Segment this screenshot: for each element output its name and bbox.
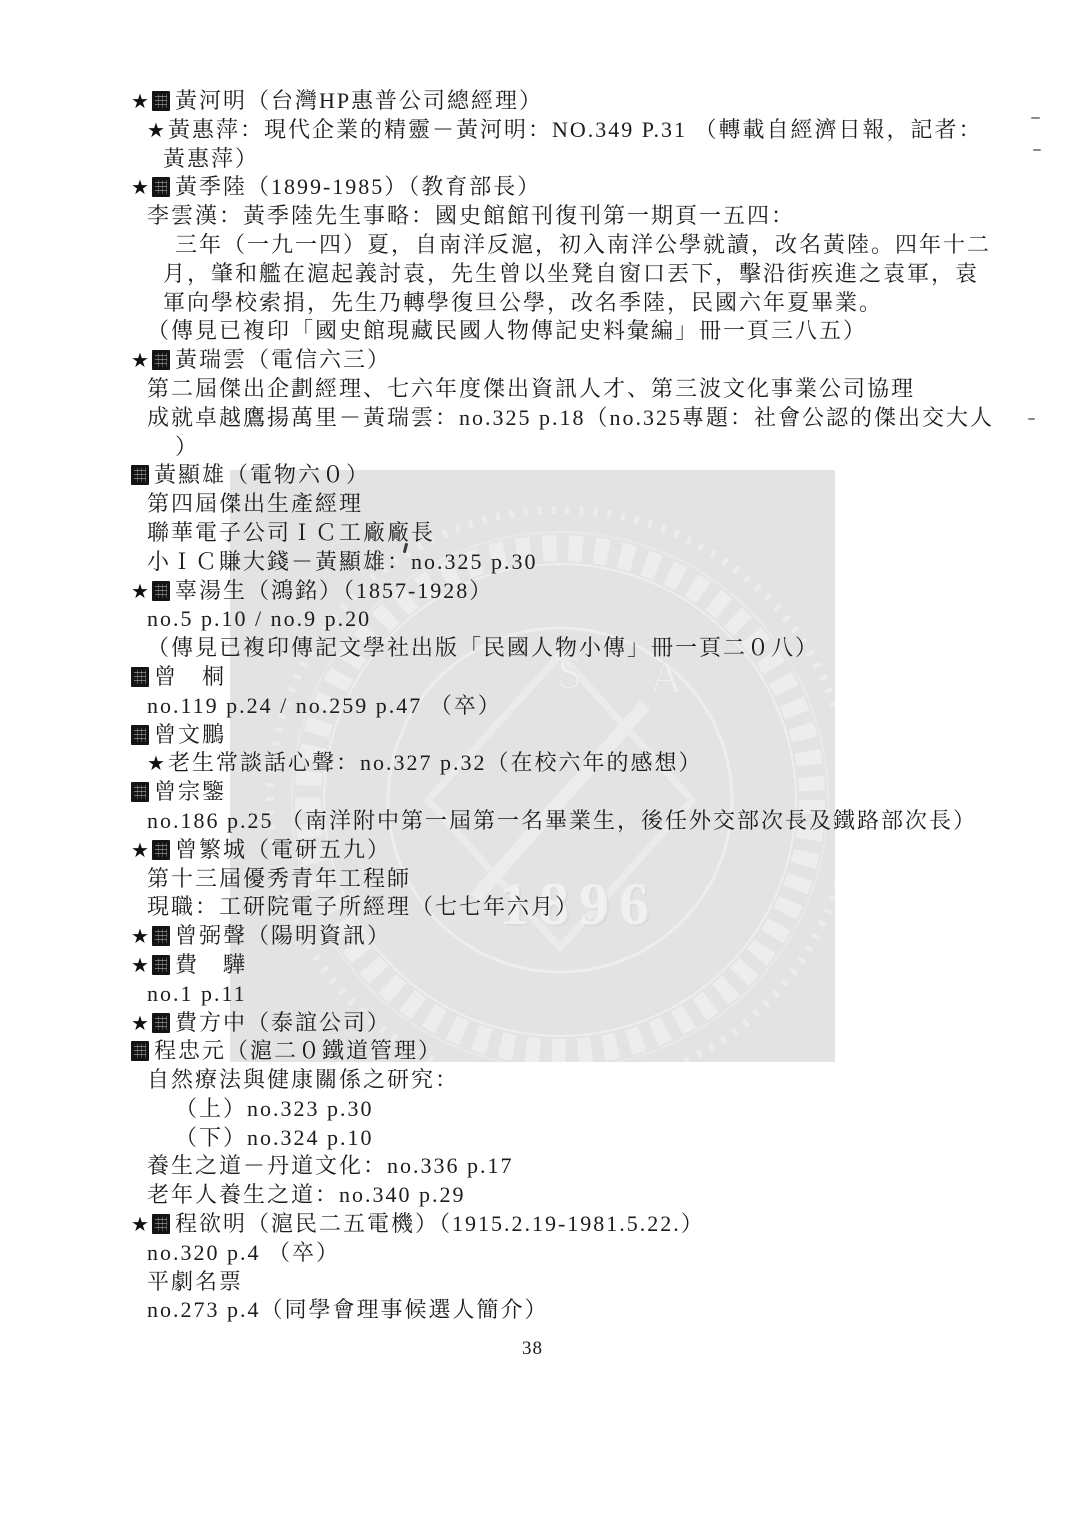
line-text: 第十三屆優秀青年工程師 <box>147 866 411 891</box>
photo-stamp-icon <box>131 667 149 687</box>
line-text: no.186 p.25 （南洋附中第一屆第一名畢業生，後任外交部次長及鐵路部次長… <box>147 808 977 833</box>
line-text: 黃惠萍：現代企業的精靈－黃河明：NO.349 P.31 （轉載自經濟日報，記者： <box>168 117 983 142</box>
line-text: no.1 p.11 <box>147 981 247 1006</box>
photo-stamp-icon <box>131 465 149 485</box>
line-text: 曾宗鑒 <box>154 779 226 804</box>
line-text: no.273 p.4（同學會理事候選人簡介） <box>147 1297 549 1322</box>
entry-line: ★黃河明（台灣HP惠普公司總經理） <box>0 87 1065 116</box>
line-text: 程忠元（滬二０鐵道管理） <box>154 1038 442 1063</box>
line-text: ） <box>175 434 199 459</box>
line-text: 黃惠萍） <box>163 146 259 171</box>
line-text: 第二屆傑出企劃經理、七六年度傑出資訊人才、第三波文化事業公司協理 <box>147 376 915 401</box>
line-text: 曾繁城（電研五九） <box>175 837 391 862</box>
entry-line: ★曾弼聲（陽明資訊） <box>0 922 1065 951</box>
entry-line: no.186 p.25 （南洋附中第一屆第一名畢業生，後任外交部次長及鐵路部次長… <box>0 807 1065 836</box>
line-text: 養生之道－丹道文化：no.336 p.17 <box>147 1153 514 1178</box>
entry-line: 三年（一九一四）夏，自南洋反滬，初入南洋公學就讀，改名黃陸。四年十二 <box>0 231 1065 260</box>
entry-line: ★費方中（泰誼公司） <box>0 1009 1065 1038</box>
photo-stamp-icon <box>131 782 149 802</box>
entry-line: 現職：工研院電子所經理（七七年六月） <box>0 893 1065 922</box>
entry-line: no.5 p.10 / no.9 p.20 <box>0 605 1065 634</box>
entry-line: 成就卓越鷹揚萬里－黃瑞雲：no.325 p.18（no.325專題：社會公認的傑… <box>0 404 1065 433</box>
line-text: （下）no.324 p.10 <box>175 1125 374 1150</box>
page-number: 38 <box>0 1338 1065 1360</box>
star-icon: ★ <box>131 923 149 952</box>
entry-line: ） <box>0 433 1065 462</box>
photo-stamp-icon <box>152 581 170 601</box>
star-icon: ★ <box>131 347 149 376</box>
line-text: 月，肇和艦在滬起義討袁，先生曾以坐凳自窗口丟下，擊沿街疾進之袁軍，袁 <box>163 261 979 286</box>
line-text: 黃瑞雲（電信六三） <box>175 347 391 372</box>
star-icon: ★ <box>131 174 149 203</box>
line-text: 李雲漢：黃季陸先生事略：國史館館刊復刊第一期頁一五四： <box>147 203 795 228</box>
star-icon: ★ <box>147 117 165 146</box>
photo-stamp-icon <box>152 955 170 975</box>
entry-line: （傳見已複印傳記文學社出版「民國人物小傳」冊一頁二０八） <box>0 634 1065 663</box>
star-icon: ★ <box>131 1010 149 1039</box>
line-text: 軍向學校索捐，先生乃轉學復旦公學，改名季陸，民國六年夏畢業。 <box>163 290 883 315</box>
entry-line: 黃惠萍） <box>0 145 1065 174</box>
photo-stamp-icon <box>152 91 170 111</box>
line-text: 平劇名票 <box>147 1269 243 1294</box>
star-icon: ★ <box>131 1211 149 1240</box>
scan-speck <box>1028 418 1035 420</box>
star-icon: ★ <box>131 578 149 607</box>
line-text: 聯華電子公司ＩＣ工廠廠長 <box>147 520 435 545</box>
entry-line: 第十三屆優秀青年工程師 <box>0 865 1065 894</box>
line-text: 黃顯雄（電物六０） <box>154 462 370 487</box>
line-text: 自然療法與健康關係之研究： <box>147 1067 459 1092</box>
entry-line: 月，肇和艦在滬起義討袁，先生曾以坐凳自窗口丟下，擊沿街疾進之袁軍，袁 <box>0 260 1065 289</box>
line-text: （傳見已複印傳記文學社出版「民國人物小傳」冊一頁二０八） <box>147 635 819 660</box>
line-text: 第四屆傑出生產經理 <box>147 491 363 516</box>
entry-line: ★程欲明（滬民二五電機）（1915.2.19-1981.5.22.） <box>0 1210 1065 1239</box>
entry-line: 曾文鵬 <box>0 721 1065 750</box>
entry-line: （傳見已複印「國史館現藏民國人物傳記史料彙編」冊一頁三八五） <box>0 317 1065 346</box>
entry-line: 小ＩＣ賺大錢－黃顯雄：no.325 p.30 <box>0 548 1065 577</box>
line-text: no.320 p.4 （卒） <box>147 1240 340 1265</box>
line-text: 費方中（泰誼公司） <box>175 1010 391 1035</box>
entry-line: （下）no.324 p.10 <box>0 1124 1065 1153</box>
line-text: 現職：工研院電子所經理（七七年六月） <box>147 894 579 919</box>
photo-stamp-icon <box>152 840 170 860</box>
photo-stamp-icon <box>152 350 170 370</box>
entry-line: 曾 桐 <box>0 663 1065 692</box>
entry-line: ★黃瑞雲（電信六三） <box>0 346 1065 375</box>
entry-line: 程忠元（滬二０鐵道管理） <box>0 1037 1065 1066</box>
line-text: 成就卓越鷹揚萬里－黃瑞雲：no.325 p.18（no.325專題：社會公認的傑… <box>147 405 994 430</box>
entry-line: 軍向學校索捐，先生乃轉學復旦公學，改名季陸，民國六年夏畢業。 <box>0 289 1065 318</box>
entry-line: 平劇名票 <box>0 1268 1065 1297</box>
star-icon: ★ <box>131 837 149 866</box>
line-text: 老生常談話心聲：no.327 p.32（在校六年的感想） <box>168 750 703 775</box>
line-text: 程欲明（滬民二五電機）（1915.2.19-1981.5.22.） <box>175 1211 705 1236</box>
photo-stamp-icon <box>131 725 149 745</box>
entry-line: ★黃惠萍：現代企業的精靈－黃河明：NO.349 P.31 （轉載自經濟日報，記者… <box>0 116 1065 145</box>
entry-line: 黃顯雄（電物六０） <box>0 461 1065 490</box>
line-text: 曾文鵬 <box>154 722 226 747</box>
entry-line: 自然療法與健康關係之研究： <box>0 1066 1065 1095</box>
star-icon: ★ <box>147 750 165 779</box>
line-text: 曾弼聲（陽明資訊） <box>175 923 391 948</box>
entry-line: 聯華電子公司ＩＣ工廠廠長 <box>0 519 1065 548</box>
entry-line: 第二屆傑出企劃經理、七六年度傑出資訊人才、第三波文化事業公司協理 <box>0 375 1065 404</box>
entry-line: no.320 p.4 （卒） <box>0 1239 1065 1268</box>
entry-line: no.119 p.24 / no.259 p.47 （卒） <box>0 692 1065 721</box>
entry-line: 第四屆傑出生產經理 <box>0 490 1065 519</box>
entry-line: 養生之道－丹道文化：no.336 p.17 <box>0 1152 1065 1181</box>
scanned-page: S A 1896 1896 ★黃河明（台灣HP惠普公司總經理）★黃惠萍：現代企業… <box>0 0 1065 1536</box>
photo-stamp-icon <box>152 1013 170 1033</box>
doc-body: ★黃河明（台灣HP惠普公司總經理）★黃惠萍：現代企業的精靈－黃河明：NO.349… <box>0 87 1065 1325</box>
entry-line: ★黃季陸（1899-1985）（教育部長） <box>0 173 1065 202</box>
line-text: 辜湯生（鴻銘）（1857-1928） <box>175 578 493 603</box>
line-text: 黃河明（台灣HP惠普公司總經理） <box>175 88 543 113</box>
entry-line: 老年人養生之道：no.340 p.29 <box>0 1181 1065 1210</box>
line-text: 費 驊 <box>175 952 247 977</box>
entry-line: ★老生常談話心聲：no.327 p.32（在校六年的感想） <box>0 749 1065 778</box>
line-text: （傳見已複印「國史館現藏民國人物傳記史料彙編」冊一頁三八五） <box>147 318 867 343</box>
entry-line: no.273 p.4（同學會理事候選人簡介） <box>0 1296 1065 1325</box>
line-text: no.5 p.10 / no.9 p.20 <box>147 606 371 631</box>
line-text: 小ＩＣ賺大錢－黃顯雄：no.325 p.30 <box>147 549 538 574</box>
photo-stamp-icon <box>152 177 170 197</box>
entry-line: 曾宗鑒 <box>0 778 1065 807</box>
scan-speck <box>1031 117 1040 119</box>
line-text: 老年人養生之道：no.340 p.29 <box>147 1182 466 1207</box>
photo-stamp-icon <box>152 926 170 946</box>
entry-line: （上）no.323 p.30 <box>0 1095 1065 1124</box>
line-text: 曾 桐 <box>154 664 226 689</box>
line-text: （上）no.323 p.30 <box>175 1096 374 1121</box>
entry-line: 李雲漢：黃季陸先生事略：國史館館刊復刊第一期頁一五四： <box>0 202 1065 231</box>
entry-line: ★曾繁城（電研五九） <box>0 836 1065 865</box>
line-text: 黃季陸（1899-1985）（教育部長） <box>175 174 541 199</box>
entry-line: no.1 p.11 <box>0 980 1065 1009</box>
line-text: 三年（一九一四）夏，自南洋反滬，初入南洋公學就讀，改名黃陸。四年十二 <box>175 232 991 257</box>
photo-stamp-icon <box>131 1041 149 1061</box>
scan-speck <box>1033 149 1041 151</box>
photo-stamp-icon <box>152 1214 170 1234</box>
line-text: no.119 p.24 / no.259 p.47 （卒） <box>147 693 502 718</box>
star-icon: ★ <box>131 88 149 117</box>
entry-line: ★辜湯生（鴻銘）（1857-1928） <box>0 577 1065 606</box>
star-icon: ★ <box>131 952 149 981</box>
entry-line: ★費 驊 <box>0 951 1065 980</box>
